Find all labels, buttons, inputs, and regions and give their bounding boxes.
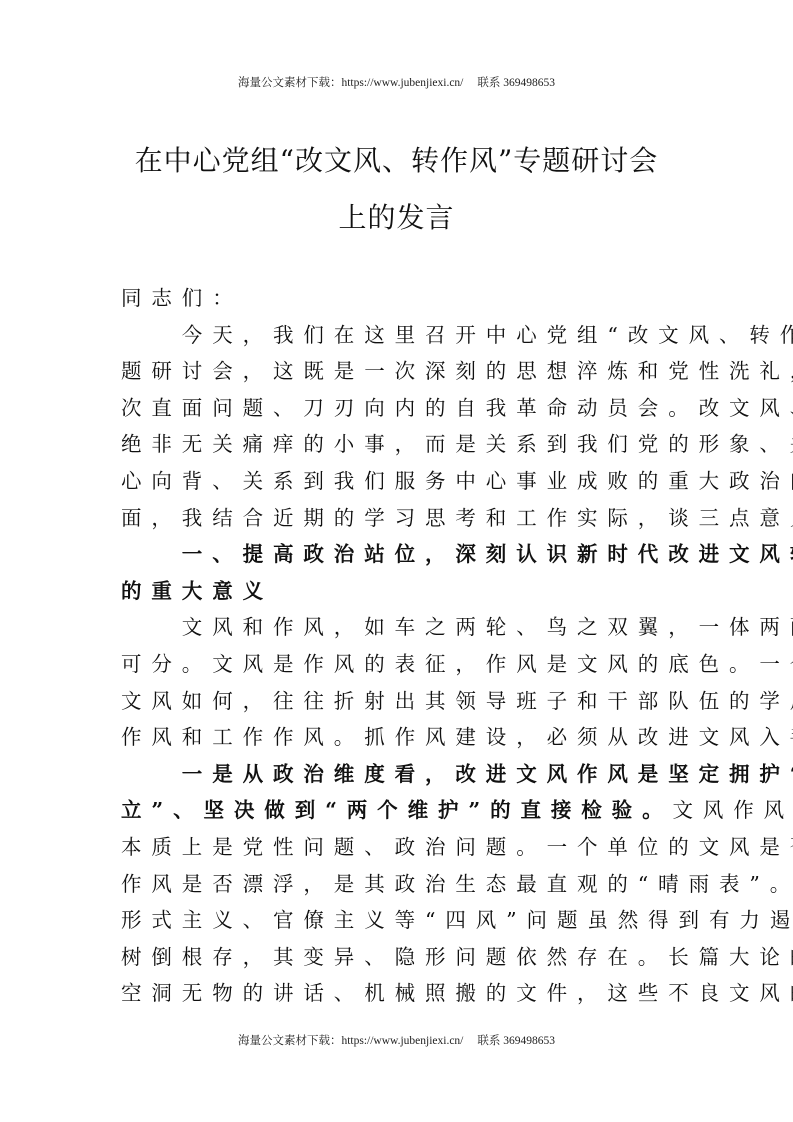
- download-label: 海量公文素材下载：: [238, 1035, 342, 1047]
- intro-line: 面，我结合近期的学习思考和工作实际，谈三点意见。: [121, 500, 681, 537]
- header-url-link[interactable]: https://www.jubenjiexi.cn/: [341, 77, 463, 89]
- paragraph-line: 文风如何，往往折射出其领导班子和干部队伍的学风、思想: [121, 683, 681, 720]
- paragraph-line: 立”、坚决做到“两个维护”的直接检验。文风作风问题，: [121, 792, 681, 829]
- salutation: 同志们：: [121, 280, 681, 317]
- page-header: 海量公文素材下载：https://www.jubenjiexi.cn/联系 36…: [0, 74, 793, 90]
- paragraph-line: 本质上是党性问题、政治问题。一个单位的文风是否浮夸，: [121, 829, 681, 866]
- contact-label: 联系: [477, 1035, 500, 1047]
- paragraph-line: 空洞无物的讲话、机械照搬的文件，这些不良文风的背后，: [121, 975, 681, 1012]
- paragraph-line: 可分。文风是作风的表征，作风是文风的底色。一个单位的: [121, 646, 681, 683]
- section-heading-1: 一、提高政治站位，深刻认识新时代改进文风转变作风: [121, 536, 681, 573]
- paragraph-line: 作风是否漂浮，是其政治生态最直观的“晴雨表”。当前，: [121, 866, 681, 903]
- document-title-line-1: 在中心党组“改文风、转作风”专题研讨会: [0, 139, 793, 179]
- page-footer: 海量公文素材下载：https://www.jubenjiexi.cn/联系 36…: [0, 1032, 793, 1048]
- paragraph-text: 文风作风问题，: [672, 798, 793, 822]
- section-heading-1: 的重大意义: [121, 573, 681, 610]
- point-one-heading-end: 立”、坚决做到“两个维护”的直接检验。: [121, 798, 672, 822]
- paragraph-line: 形式主义、官僚主义等“四风”问题虽然得到有力遏制，但: [121, 902, 681, 939]
- document-body: 同志们： 今天，我们在这里召开中心党组“改文风、转作风”专 题研讨会，这既是一次…: [121, 280, 681, 1012]
- point-one-heading: 一是从政治维度看，改进文风作风是坚定拥护“两个确: [121, 756, 681, 793]
- download-label: 海量公文素材下载：: [238, 77, 342, 89]
- contact-number: 369498653: [503, 77, 555, 89]
- paragraph-line: 文风和作风，如车之两轮、鸟之双翼，一体两面，密不: [121, 609, 681, 646]
- intro-line: 绝非无关痛痒的小事，而是关系到我们党的形象、关系到民: [121, 426, 681, 463]
- paragraph-line: 树倒根存，其变异、隐形问题依然存在。长篇大论的报告、: [121, 939, 681, 976]
- intro-line: 心向背、关系到我们服务中心事业成败的重大政治问题。下: [121, 463, 681, 500]
- contact-label: 联系: [477, 77, 500, 89]
- intro-line: 今天，我们在这里召开中心党组“改文风、转作风”专: [121, 317, 681, 354]
- contact-number: 369498653: [503, 1035, 555, 1047]
- intro-line: 次直面问题、刀刃向内的自我革命动员会。改文风、转作风，: [121, 390, 681, 427]
- paragraph-line: 作风和工作作风。抓作风建设，必须从改进文风入手。: [121, 719, 681, 756]
- footer-url-link[interactable]: https://www.jubenjiexi.cn/: [341, 1035, 463, 1047]
- intro-line: 题研讨会，这既是一次深刻的思想淬炼和党性洗礼，也是一: [121, 353, 681, 390]
- document-title-line-2: 上的发言: [0, 196, 793, 236]
